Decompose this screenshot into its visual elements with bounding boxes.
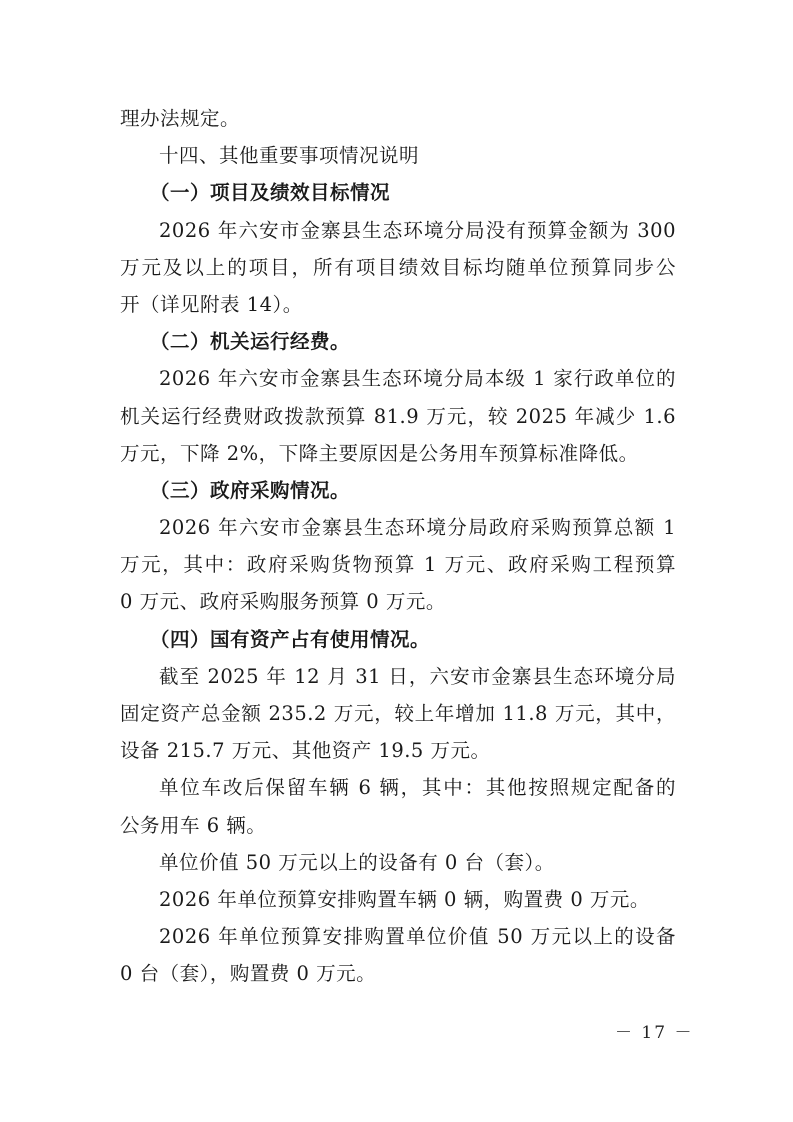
paragraph-line: 固定资产总金额 235.2 万元，较上年增加 11.8 万元，其中， xyxy=(120,695,676,732)
paragraph-line: 公务用车 6 辆。 xyxy=(120,807,676,844)
paragraph-line: 0 台（套），购置费 0 万元。 xyxy=(120,955,676,992)
paragraph-line: 2026 年六安市金寨县生态环境分局本级 1 家行政单位的 xyxy=(120,360,676,397)
paragraph-line: 万元，其中：政府采购货物预算 1 万元、政府采购工程预算 xyxy=(120,546,676,583)
paragraph-line: 2026 年单位预算安排购置单位价值 50 万元以上的设备 xyxy=(120,918,676,955)
paragraph-line: 单位车改后保留车辆 6 辆，其中：其他按照规定配备的 xyxy=(120,769,676,806)
paragraph-line: 2026 年六安市金寨县生态环境分局政府采购预算总额 1 xyxy=(120,509,676,546)
page-number: － 17 － xyxy=(615,1018,693,1043)
paragraph-line: 截至 2025 年 12 月 31 日，六安市金寨县生态环境分局 xyxy=(120,658,676,695)
paragraph-line: 0 万元、政府采购服务预算 0 万元。 xyxy=(120,583,676,620)
subsection-heading-4: （四）国有资产占有使用情况。 xyxy=(120,621,676,658)
paragraph-continuation: 理办法规定。 xyxy=(120,100,676,137)
subsection-heading-2: （二）机关运行经费。 xyxy=(120,323,676,360)
paragraph-line: 万元，下降 2%，下降主要原因是公务用车预算标准降低。 xyxy=(120,435,676,472)
paragraph-line: 2026 年单位预算安排购置车辆 0 辆，购置费 0 万元。 xyxy=(120,881,676,918)
paragraph-line: 设备 215.7 万元、其他资产 19.5 万元。 xyxy=(120,732,676,769)
paragraph-line: 机关运行经费财政拨款预算 81.9 万元，较 2025 年减少 1.6 xyxy=(120,398,676,435)
paragraph-line: 开（详见附表 14）。 xyxy=(120,286,676,323)
paragraph-line: 万元及以上的项目，所有项目绩效目标均随单位预算同步公 xyxy=(120,249,676,286)
section-heading-14: 十四、其他重要事项情况说明 xyxy=(120,137,676,174)
paragraph-line: 2026 年六安市金寨县生态环境分局没有预算金额为 300 xyxy=(120,212,676,249)
document-page: 理办法规定。 十四、其他重要事项情况说明 （一）项目及绩效目标情况 2026 年… xyxy=(120,100,676,993)
subsection-heading-1: （一）项目及绩效目标情况 xyxy=(120,174,676,211)
paragraph-line: 单位价值 50 万元以上的设备有 0 台（套）。 xyxy=(120,844,676,881)
subsection-heading-3: （三）政府采购情况。 xyxy=(120,472,676,509)
